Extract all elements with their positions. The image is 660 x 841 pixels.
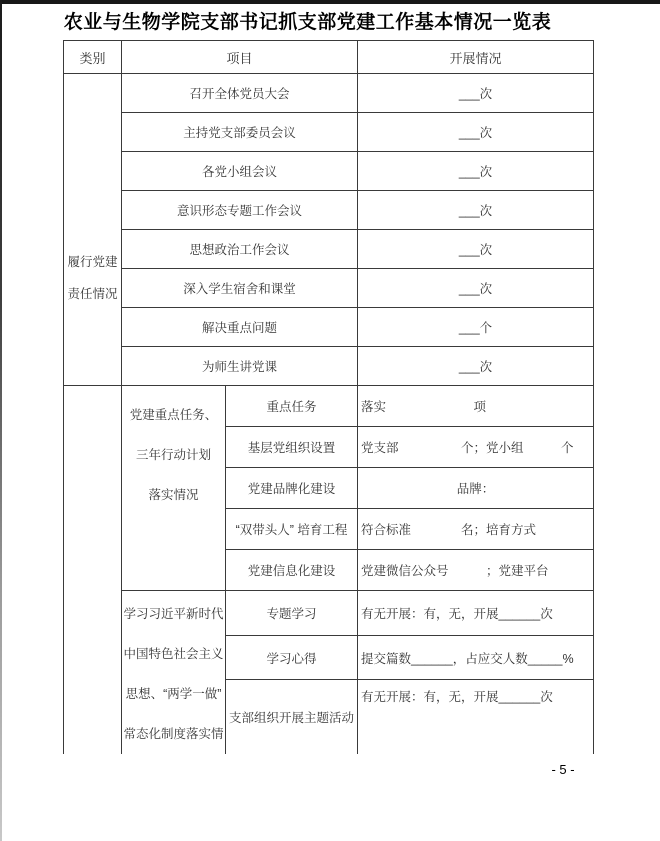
table-row: 各党小组会议 ___次: [64, 152, 594, 191]
item-cell: 党建品牌化建设: [226, 468, 358, 509]
status-cell: 提交篇数______，占应交人数_____%: [358, 635, 594, 680]
table-row: 深入学生宿舍和课堂 ___次: [64, 269, 594, 308]
category-cell-empty: [64, 386, 122, 755]
table-row: 党建重点任务、 三年行动计划 落实情况 重点任务 落实 项: [64, 386, 594, 427]
item-cell: 重点任务: [226, 386, 358, 427]
status-cell: ___次: [358, 191, 594, 230]
table-row: 学习习近平新时代 中国特色社会主义 思想、“两学一做” 常态化制度落实情 专题学…: [64, 591, 594, 636]
group-label-key-tasks: 党建重点任务、 三年行动计划 落实情况: [122, 386, 226, 591]
header-category: 类别: [64, 41, 122, 74]
table-row: 主持党支部委员会议 ___次: [64, 113, 594, 152]
status-cell: ___次: [358, 347, 594, 386]
status-cell: 党支部 个；党小组 个: [358, 427, 594, 468]
status-cell: ___次: [358, 113, 594, 152]
item-cell: 召开全体党员大会: [122, 74, 358, 113]
status-cell: 有无开展：有，无，开展______次: [358, 591, 594, 636]
item-cell: 基层党组织设置: [226, 427, 358, 468]
item-cell: 为师生讲党课: [122, 347, 358, 386]
status-cell: 品牌：: [358, 468, 594, 509]
status-cell: ___次: [358, 230, 594, 269]
table-row: 解决重点问题 ___个: [64, 308, 594, 347]
status-cell: 落实 项: [358, 386, 594, 427]
item-cell: 思想政治工作会议: [122, 230, 358, 269]
table-row: 为师生讲党课 ___次: [64, 347, 594, 386]
group-label-xi-thought-study: 学习习近平新时代 中国特色社会主义 思想、“两学一做” 常态化制度落实情: [122, 591, 226, 755]
status-cell: ___次: [358, 152, 594, 191]
item-cell: “双带头人” 培育工程: [226, 509, 358, 550]
header-status: 开展情况: [358, 41, 594, 74]
item-cell: 深入学生宿舍和课堂: [122, 269, 358, 308]
item-cell: 党建信息化建设: [226, 550, 358, 591]
page-number: - 5 -: [533, 762, 593, 777]
item-cell: 专题学习: [226, 591, 358, 636]
page-title: 农业与生物学院支部书记抓支部党建工作基本情况一览表: [35, 7, 580, 34]
status-cell: ___次: [358, 269, 594, 308]
document-page: 农业与生物学院支部书记抓支部党建工作基本情况一览表 类别 项目 开展情况 履行党…: [0, 0, 660, 841]
table-row: 履行党建 责任情况 召开全体党员大会 ___次: [64, 74, 594, 113]
item-cell: 主持党支部委员会议: [122, 113, 358, 152]
table-row: 思想政治工作会议 ___次: [64, 230, 594, 269]
page-top-edge: [0, 0, 660, 4]
table-header-row: 类别 项目 开展情况: [64, 41, 594, 74]
item-cell: 意识形态专题工作会议: [122, 191, 358, 230]
status-cell: 党建微信公众号 ；党建平台: [358, 550, 594, 591]
table-row: 意识形态专题工作会议 ___次: [64, 191, 594, 230]
header-item: 项目: [122, 41, 358, 74]
item-cell: 学习心得: [226, 635, 358, 680]
status-cell: ___次: [358, 74, 594, 113]
status-cell: 符合标准 名；培育方式: [358, 509, 594, 550]
party-building-table: 类别 项目 开展情况 履行党建 责任情况 召开全体党员大会 ___次 主持党支部…: [63, 40, 594, 754]
status-cell: 有无开展：有，无，开展______次: [358, 680, 594, 754]
page-left-edge: [0, 0, 2, 841]
item-cell: 解决重点问题: [122, 308, 358, 347]
status-cell: ___个: [358, 308, 594, 347]
item-cell: 支部组织开展主题活动: [226, 680, 358, 754]
item-cell: 各党小组会议: [122, 152, 358, 191]
category-cell-party-duty: 履行党建 责任情况: [64, 74, 122, 386]
